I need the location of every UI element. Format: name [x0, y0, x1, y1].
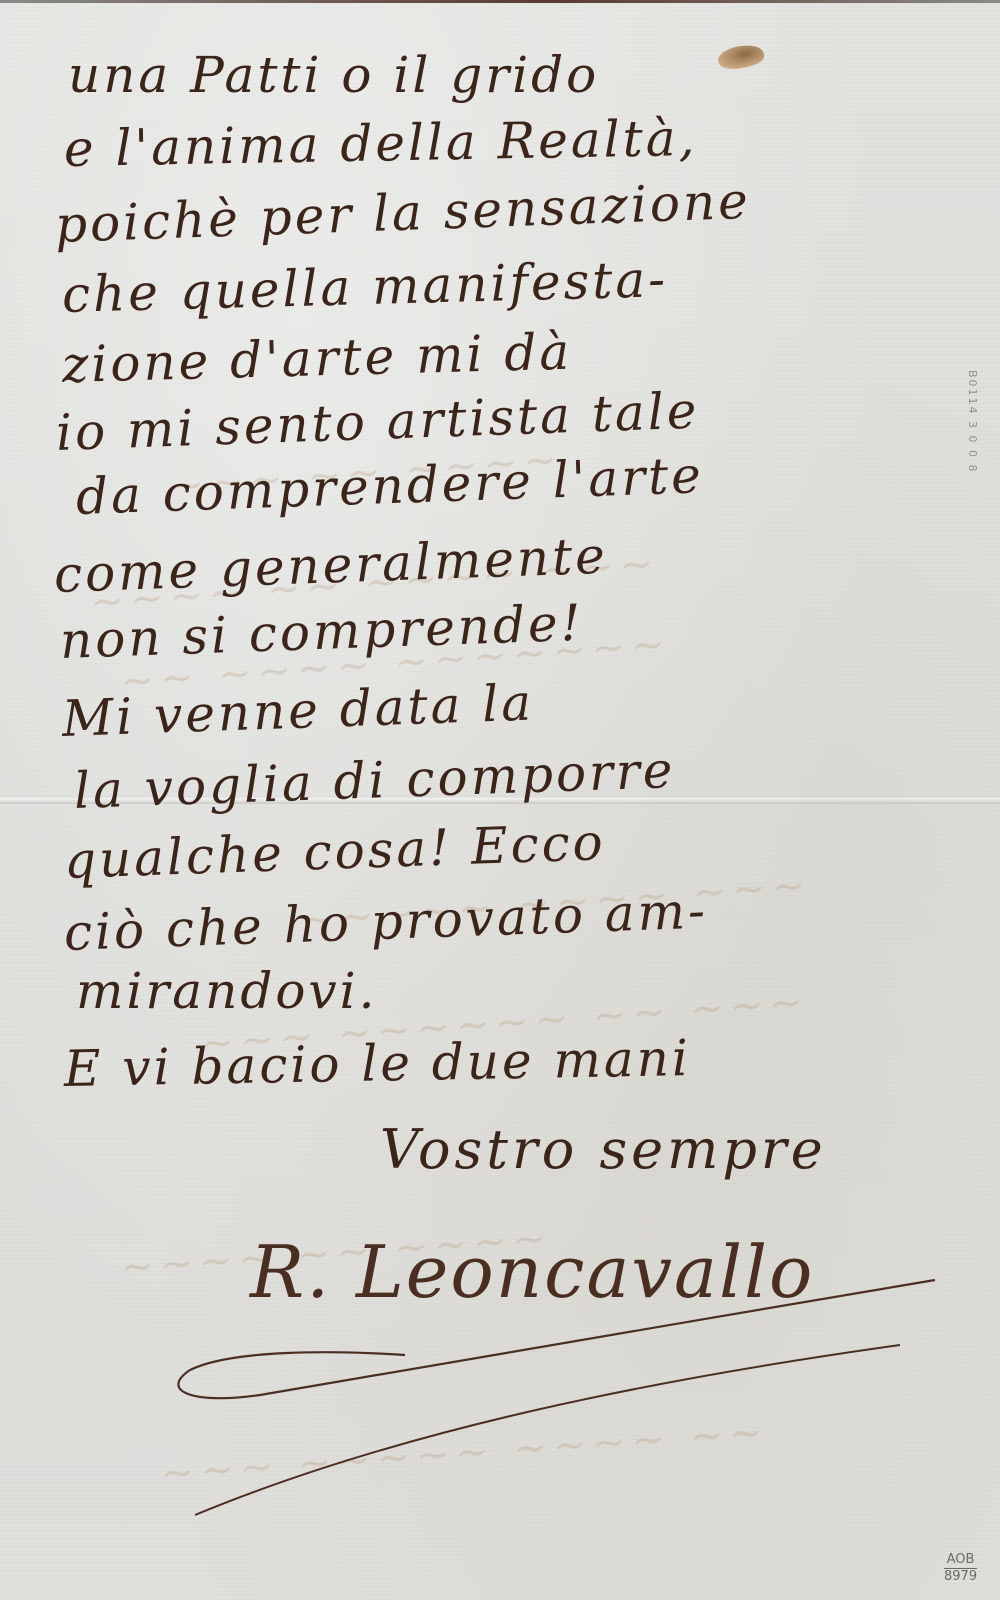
archive-mark: AOB 8979	[944, 1552, 977, 1585]
margin-pencil-note: B0114 3 0 0 8	[966, 370, 979, 474]
archive-mark-number: 8979	[944, 1568, 977, 1585]
signature-flourish	[0, 0, 1000, 1600]
archive-mark-top: AOB	[947, 1552, 975, 1567]
letter-page: ~~~ ~~ ~~~~ ~~~~ ~~ ~~~~ ~~~ ~~ ~~~~ ~~~…	[0, 0, 1000, 1600]
